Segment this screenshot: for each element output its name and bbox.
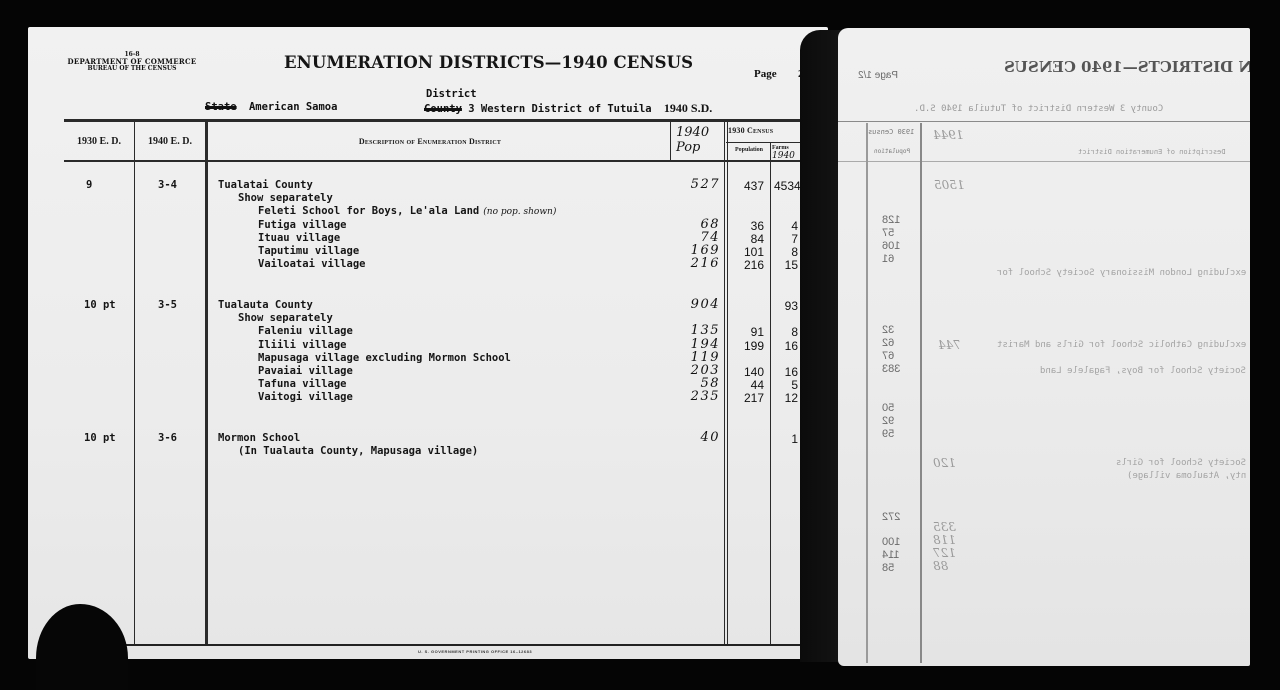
pop-1940-handwritten: 40 [658,430,720,445]
facing-bleed-line: excluding Catholic School for Girls and … [997,340,1246,350]
district-field: County 3 Western District of Tutuila 194… [424,101,712,116]
description-line: Tualauta County [218,299,313,311]
farms-cell: 15 [774,258,798,272]
description-line: Faleniu village [258,325,353,337]
pop-1940-handwritten: 216 [658,256,720,271]
facing-bleed-handwritten: 744 [938,338,961,352]
facing-bleed-number: 59 [882,428,894,440]
pop-1930-cell: 101 [728,245,764,259]
ed-1940-cell: 3-6 [158,432,177,444]
description-line: Futiga village [258,219,347,231]
description-line: Tafuna village [258,378,347,390]
handwritten-note: (no pop. shown) [483,207,556,217]
pop-1930-cell: 140 [728,365,764,379]
facing-bleed-handwritten: 127 [933,546,956,560]
farms-cell: 4 [774,219,798,233]
facing-page: Page 1/2 ATION DISTRICTS—1940 CENSUS Cou… [838,28,1250,666]
facing-bleed-handwritten: 118 [933,533,956,547]
facing-bleed-line: excluding London Missionary Society Scho… [997,268,1246,278]
pop-1930-cell: 44 [728,378,764,392]
facing-bleed-number: 67 [882,350,894,362]
department-name: DEPARTMENT OF COMMERCE [62,58,202,65]
state-value: American Samoa [249,101,338,113]
farms-cell: 12 [774,391,798,405]
facing-page-label: Page 1/2 [858,70,898,81]
facing-bleed-handwritten: 1505 [934,178,965,192]
pop-1940-handwritten: 527 [658,177,720,192]
description-line: (In Tualauta County, Mapusaga village) [238,445,478,457]
facing-bleed-line: nty, Atauloma village) [1127,471,1246,481]
farms-cell: 8 [774,245,798,259]
ed-1940-cell: 3-4 [158,179,177,191]
farms-cell: 8 [774,325,798,339]
facing-rule [838,161,1250,162]
bureau-name: BUREAU OF THE CENSUS [62,65,202,72]
farms-cell: 93 [774,299,798,313]
farms-cell: 5 [774,378,798,392]
facing-bleed-line: Society School for Boys, Fagalele Land [1040,366,1246,376]
column-divider [205,122,208,644]
facing-population-header: Population [874,148,910,155]
facing-column-divider [920,123,922,663]
facing-bleed-number: 57 [882,227,894,239]
facing-rule [838,121,1250,122]
department-header: 16-8 DEPARTMENT OF COMMERCE BUREAU OF TH… [62,51,202,72]
ed-1930-cell: 9 [86,179,92,191]
facing-bleed-handwritten: 1944 [933,128,964,142]
county-label: County [424,103,462,115]
description-line: Pavaiai village [258,365,353,377]
facing-column-divider [866,123,868,663]
facing-bleed-number: 50 [882,402,894,414]
header-top-rule [64,119,828,122]
description-line: Feleti School for Boys, Le'ala Land(no p… [258,205,556,217]
state-field: State American Samoa [205,101,337,113]
facing-bleed-number: 114 [882,549,900,561]
header-farms-handwritten: 1940 [772,151,795,161]
header-1940-pop-handwritten: 1940 Pop [676,125,722,155]
description-line: Tualatai County [218,179,313,191]
facing-bleed-number: 106 [882,240,900,252]
pop-1930-cell: 216 [728,258,764,272]
table-bottom-rule [94,644,828,646]
page-title: ENUMERATION DISTRICTS—1940 CENSUS [284,53,693,72]
facing-census-header: 1930 Census [868,128,914,136]
farms-cell: 1 [774,432,798,446]
ed-1930-cell: 10 pt [84,432,116,444]
pop-1930-cell: 91 [728,325,764,339]
printer-imprint: U. S. GOVERNMENT PRINTING OFFICE 16–1268… [418,649,532,654]
facing-bleed-number: 272 [882,511,900,523]
description-line: Iliili village [258,339,347,351]
pop-1930-cell: 217 [728,391,764,405]
facing-bleed-number: 383 [882,363,900,375]
header-description: Description of Enumeration District [210,137,650,146]
facing-bleed-number: 32 [882,324,894,336]
column-divider [670,122,671,162]
farms-cell: 16 [774,339,798,353]
facing-description-header: Description of Enumeration District [1078,148,1226,156]
description-line: Show separately [238,192,333,204]
facing-bleed-handwritten: 120 [933,456,956,470]
description-line: Taputimu village [258,245,359,257]
facing-bleed-handwritten: 88 [933,559,948,573]
sd-label: 1940 S.D. [664,101,712,115]
description-line: Mormon School [218,432,300,444]
district-value: 3 Western District of Tutuila [468,103,651,115]
column-divider [770,142,771,644]
ed-1930-cell: 10 pt [84,299,116,311]
pop-1930-cell: 437 [728,179,764,193]
header-1930-ed: 1930 E. D. [66,136,132,147]
facing-bleed-number: 62 [882,337,894,349]
description-line: Mapusaga village excluding Mormon School [258,352,511,364]
pop-1930-cell: 84 [728,232,764,246]
farms-cell: 7 [774,232,798,246]
pop-1940-handwritten: 235 [658,389,720,404]
header-bottom-rule [64,160,828,162]
description-line: Show separately [238,312,333,324]
description-line: Vaitogi village [258,391,353,403]
facing-district-line: County 3 Western District of Tutuila 194… [914,104,1163,114]
description-line: Ituau village [258,232,340,244]
ed-1940-cell: 3-5 [158,299,177,311]
facing-bleed-handwritten: 335 [933,520,956,534]
header-population: Population [728,147,770,153]
census-sheet: 16-8 DEPARTMENT OF COMMERCE BUREAU OF TH… [28,27,828,659]
pop-1940-handwritten: 904 [658,297,720,312]
pop-1930-cell: 199 [728,339,764,353]
facing-bleed-number: 61 [882,253,894,265]
state-label: State [205,101,237,113]
description-line: Vailoatai village [258,258,365,270]
page-label: Page [754,68,777,80]
pop-1930-cell: 36 [728,219,764,233]
facing-bleed-number: 128 [882,214,900,226]
header-1940-ed: 1940 E. D. [136,136,204,147]
column-divider [134,122,135,644]
facing-bleed-line: Society School for Girls [1116,458,1246,468]
district-label: District [426,88,477,100]
facing-bleed-number: 92 [882,415,894,427]
farms-cell: 16 [774,365,798,379]
facing-bleed-number: 58 [882,562,894,574]
facing-bleed-number: 100 [882,536,900,548]
facing-title: ATION DISTRICTS—1940 CENSUS [1004,58,1250,76]
